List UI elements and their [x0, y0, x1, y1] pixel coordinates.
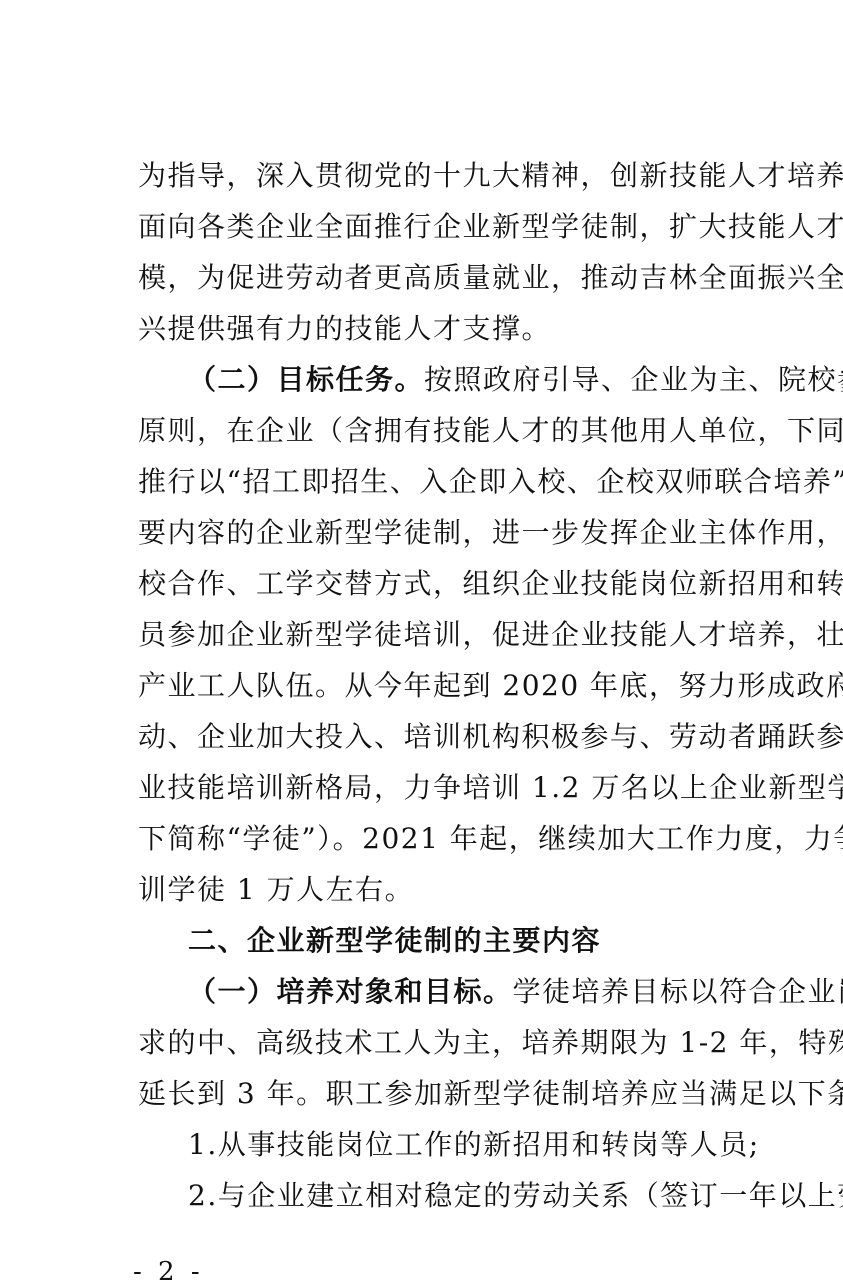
paragraph-line: 推行以“招工即招生、入企即入校、企校双师联合培养”为主	[138, 456, 843, 507]
paragraph-line: 为指导，深入贯彻党的十九大精神，创新技能人才培养模式，	[138, 150, 843, 201]
section-title: 二、企业新型学徒制的主要内容	[188, 924, 601, 957]
section-heading: 二、企业新型学徒制的主要内容	[138, 915, 843, 966]
document-page: 为指导，深入贯彻党的十九大精神，创新技能人才培养模式， 面向各类企业全面推行企业…	[0, 0, 843, 1282]
subsection-title: （一）培养对象和目标。	[188, 975, 513, 1008]
list-item: 1.从事技能岗位工作的新招用和转岗等人员;	[138, 1119, 843, 1170]
line-text: 产业工人队伍。从今年起到 2020 年底，努力形成政府激励推	[138, 669, 843, 702]
list-item: 2.与企业建立相对稳定的劳动关系（签订一年以上劳动合	[138, 1170, 843, 1221]
line-text: 延长到 3 年。职工参加新型学徒制培养应当满足以下条件:	[138, 1077, 843, 1110]
subsection-title: （二）目标任务。	[188, 363, 424, 396]
paragraph-line: 员参加企业新型学徒培训，促进企业技能人才培养，壮大发展	[138, 609, 843, 660]
paragraph-line: 模，为促进劳动者更高质量就业，推动吉林全面振兴全方位振	[138, 252, 843, 303]
line-text: 要内容的企业新型学徒制，进一步发挥企业主体作用，通过企	[138, 516, 843, 549]
line-text: 动、企业加大投入、培训机构积极参与、劳动者踊跃参加的职	[138, 720, 843, 753]
line-text: 2.与企业建立相对稳定的劳动关系（签订一年以上劳动合	[188, 1179, 843, 1212]
subsection-goals-tasks: （二）目标任务。按照政府引导、企业为主、院校参与的	[138, 354, 843, 405]
line-text: 业技能培训新格局，力争培训 1.2 万名以上企业新型学徒（以	[138, 771, 843, 804]
line-text: 面向各类企业全面推行企业新型学徒制，扩大技能人才培养规	[138, 210, 843, 243]
paragraph-line: 训学徒 1 万人左右。	[138, 864, 843, 915]
line-text: 按照政府引导、企业为主、院校参与的	[424, 363, 843, 396]
paragraph-line: 业技能培训新格局，力争培训 1.2 万名以上企业新型学徒（以	[138, 762, 843, 813]
line-text: 求的中、高级技术工人为主，培养期限为 1-2 年，特殊情况可	[138, 1026, 843, 1059]
page-number: - 2 -	[133, 1257, 204, 1282]
paragraph-line: 要内容的企业新型学徒制，进一步发挥企业主体作用，通过企	[138, 507, 843, 558]
paragraph-line: 原则，在企业（含拥有技能人才的其他用人单位，下同）全面	[138, 405, 843, 456]
line-text: 兴提供强有力的技能人才支撑。	[138, 312, 551, 345]
paragraph-line: 动、企业加大投入、培训机构积极参与、劳动者踊跃参加的职	[138, 711, 843, 762]
paragraph-line: 求的中、高级技术工人为主，培养期限为 1-2 年，特殊情况可	[138, 1017, 843, 1068]
paragraph-line: 延长到 3 年。职工参加新型学徒制培养应当满足以下条件:	[138, 1068, 843, 1119]
paragraph-line: 兴提供强有力的技能人才支撑。	[138, 303, 843, 354]
paragraph-line: 产业工人队伍。从今年起到 2020 年底，努力形成政府激励推	[138, 660, 843, 711]
line-text: 推行以“招工即招生、入企即入校、企校双师联合培养”为主	[138, 465, 843, 498]
line-text: 模，为促进劳动者更高质量就业，推动吉林全面振兴全方位振	[138, 261, 843, 294]
line-text: 训学徒 1 万人左右。	[138, 873, 414, 906]
line-text: 员参加企业新型学徒培训，促进企业技能人才培养，壮大发展	[138, 618, 843, 651]
line-text: 为指导，深入贯彻党的十九大精神，创新技能人才培养模式，	[138, 159, 843, 192]
line-text: 1.从事技能岗位工作的新招用和转岗等人员;	[188, 1128, 760, 1161]
paragraph-line: 校合作、工学交替方式，组织企业技能岗位新招用和转岗等人	[138, 558, 843, 609]
line-text: 原则，在企业（含拥有技能人才的其他用人单位，下同）全面	[138, 414, 843, 447]
line-text: 学徒培养目标以符合企业岗位需	[513, 975, 843, 1008]
paragraph-line: 下简称“学徒”）。2021 年起，继续加大工作力度，力争年培	[138, 813, 843, 864]
subsection-training-targets: （一）培养对象和目标。学徒培养目标以符合企业岗位需	[138, 966, 843, 1017]
line-text: 校合作、工学交替方式，组织企业技能岗位新招用和转岗等人	[138, 567, 843, 600]
line-text: 下简称“学徒”）。2021 年起，继续加大工作力度，力争年培	[138, 822, 843, 855]
paragraph-line: 面向各类企业全面推行企业新型学徒制，扩大技能人才培养规	[138, 201, 843, 252]
document-body: 为指导，深入贯彻党的十九大精神，创新技能人才培养模式， 面向各类企业全面推行企业…	[138, 150, 843, 1221]
